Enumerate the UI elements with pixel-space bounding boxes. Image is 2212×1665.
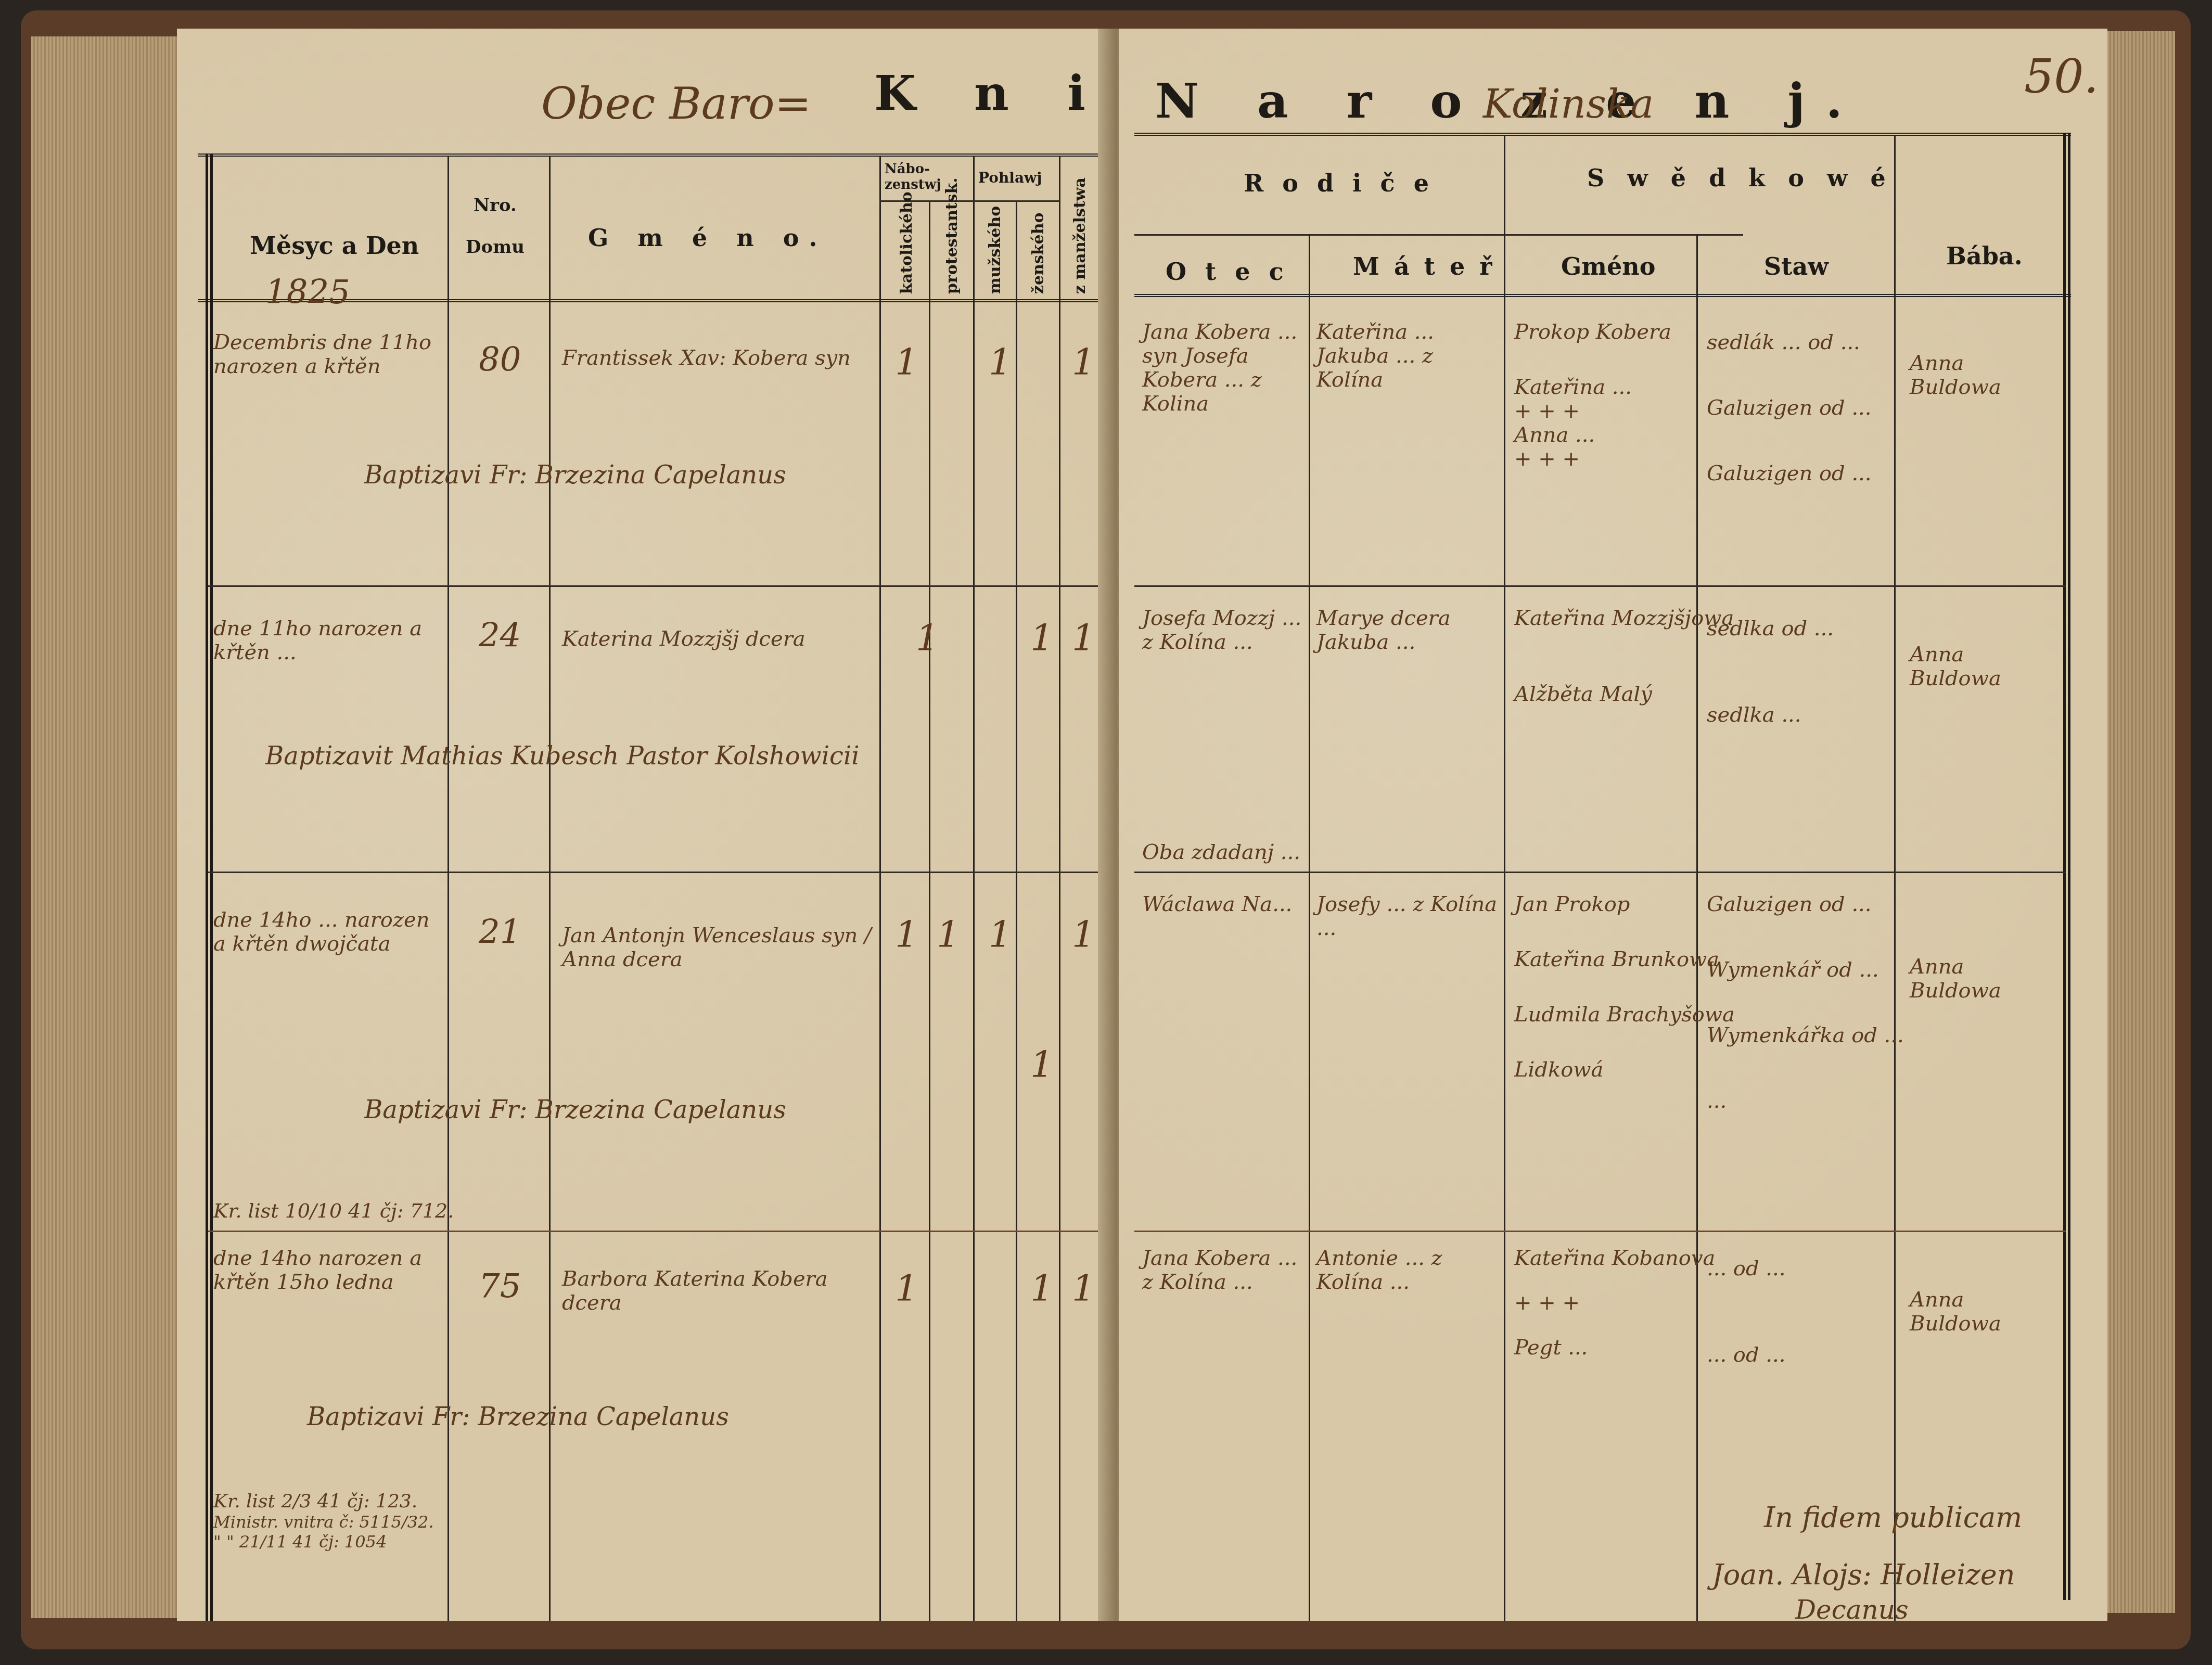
entry-house-no: 21 xyxy=(479,913,521,952)
entry-witness-status: Galuzigen od ... Wymenkář od ... Wymenká… xyxy=(1707,892,1889,1113)
witness-name: Prokop Kobera xyxy=(1514,320,1691,344)
header-midwife: Bába. xyxy=(1946,242,2023,270)
witness-name: Kateřina ... xyxy=(1514,375,1691,399)
margin-note-line: Ministr. vnitra č: 5115/32. xyxy=(213,1512,434,1532)
header-witness-name: Gméno xyxy=(1561,252,1655,280)
entry-baptized-by: Baptizavi Fr: Brzezina Capelanus xyxy=(364,460,786,490)
header-house-domu: Domu xyxy=(466,237,525,258)
witness-status: ... od ... xyxy=(1707,1257,1889,1280)
header-protestant: protestantsk. xyxy=(943,177,961,294)
entry-name: Katerina Mozzjšj dcera xyxy=(562,627,874,651)
witness-status: ... od ... xyxy=(1707,1343,1889,1367)
signature-title: Decanus xyxy=(1795,1595,1909,1625)
tally-catholic: 1 xyxy=(895,913,918,956)
col-divider xyxy=(1894,135,1896,1621)
entry-witnesses: Kateřina Mozzjšjowa Alžběta Malý xyxy=(1514,606,1691,706)
header-witnesses: S w ě d k o w é xyxy=(1587,164,1893,192)
entry-house-no: 24 xyxy=(479,617,521,655)
header-mother: M á t e ř xyxy=(1353,252,1495,280)
subheader-rule xyxy=(1134,234,1743,236)
witness-name: Kateřina Mozzjšjowa xyxy=(1514,606,1691,630)
right-page: N a r o z e n j. Kolinska 50. R o d i č … xyxy=(1119,29,2107,1621)
tally-male: 1 xyxy=(989,913,1012,956)
right-border xyxy=(2063,133,2070,1600)
col-divider xyxy=(447,156,449,1621)
col-divider xyxy=(1016,200,1017,1621)
entry-date: Decembris dne 11ho narozen a křtěn xyxy=(213,330,442,378)
col-divider xyxy=(1309,234,1310,1621)
entry-house-no: 75 xyxy=(479,1267,521,1305)
header-male: mužského xyxy=(986,206,1004,294)
entry-mother: Kateřina ... Jakuba ... z Kolína xyxy=(1316,320,1499,392)
row-divider xyxy=(208,872,1114,873)
entry-mother: Josefy ... z Kolína ... xyxy=(1316,892,1499,940)
witness-name: Jan Prokop xyxy=(1514,892,1691,916)
witness-mark: + + + xyxy=(1514,1291,1691,1315)
witness-name: Kateřina Brunkowa xyxy=(1514,947,1691,971)
left-border xyxy=(206,153,213,1621)
entry-mother: Marye dcera Jakuba ... xyxy=(1316,606,1499,654)
header-sex: Pohlawj xyxy=(978,169,1042,186)
entry-name: Barbora Katerina Kobera dcera xyxy=(562,1267,874,1315)
entry-margin-notes: Kr. list 2/3 41 čj: 123. Ministr. vnitra… xyxy=(213,1491,434,1552)
row-divider xyxy=(1134,872,2066,873)
col-divider xyxy=(1504,135,1505,1621)
entry-baptized-by: Baptizavi Fr: Brzezina Capelanus xyxy=(364,1095,786,1124)
header-name: G m é n o. xyxy=(588,224,828,252)
tally-marital: 1 xyxy=(1072,617,1095,659)
entry-midwife: Anna Buldowa xyxy=(1910,1288,2055,1336)
witness-name: Ludmila Brachyšowa xyxy=(1514,1003,1691,1027)
entry-date: dne 14ho narozen a křtěn 15ho ledna xyxy=(213,1246,442,1294)
witness-status: ... xyxy=(1707,1089,1889,1113)
header-religion: Nábo-zenstwj xyxy=(885,161,926,193)
header-father: O t e c xyxy=(1166,258,1289,286)
table-top-rule xyxy=(198,153,1114,157)
entry-midwife: Anna Buldowa xyxy=(1910,351,2055,399)
tally-protestant: 1 xyxy=(937,913,960,956)
entry-margin-note: Kr. list 10/10 41 čj: 712. xyxy=(213,1199,454,1222)
entry-date: dne 14ho ... narozen a křtěn dwojčata xyxy=(213,908,442,956)
tally-marital: 1 xyxy=(1072,341,1095,383)
witness-mark: + + + xyxy=(1514,399,1691,423)
tally-catholic: 1 xyxy=(895,341,918,383)
witness-name: Lidkowá xyxy=(1514,1058,1691,1082)
witness-status: Wymenkář od ... xyxy=(1707,958,1889,982)
entry-witnesses: Jan Prokop Kateřina Brunkowa Ludmila Bra… xyxy=(1514,892,1691,1082)
header-witness-status: Staw xyxy=(1764,252,1829,280)
header-month-day: Měsyc a Den xyxy=(250,232,419,260)
entry-midwife: Anna Buldowa xyxy=(1910,643,2055,690)
entry-witness-status: sedlka od ... sedlka ... xyxy=(1707,617,1889,727)
row-divider xyxy=(1134,585,2066,587)
header-marital: z manželstwa xyxy=(1071,177,1089,294)
margin-note-line: Kr. list 2/3 41 čj: 123. xyxy=(213,1491,434,1512)
witness-status: sedlka ... xyxy=(1707,703,1889,727)
entry-father: Josefa Mozzj ... z Kolína ... xyxy=(1142,606,1303,654)
tally-female: 1 xyxy=(1030,1043,1054,1086)
left-page-edges xyxy=(31,36,182,1618)
table-top-rule xyxy=(1134,133,2071,136)
col-divider xyxy=(1696,234,1698,1621)
entry-witnesses: Kateřina Kobanova + + + Pegt ... xyxy=(1514,1246,1691,1360)
tally-female: 1 xyxy=(1030,1267,1054,1310)
entry-mother: Antonie ... z Kolína ... xyxy=(1316,1246,1499,1294)
witness-name: Kateřina Kobanova xyxy=(1514,1246,1691,1270)
witness-status: sedlka od ... xyxy=(1707,617,1889,641)
margin-note-line: " " 21/11 41 čj: 1054 xyxy=(213,1532,434,1552)
row-divider xyxy=(208,585,1114,587)
tally-male: 1 xyxy=(989,341,1012,383)
entry-midwife: Anna Buldowa xyxy=(1910,955,2055,1003)
witness-name: Alžběta Malý xyxy=(1514,682,1691,706)
header-parents: R o d i č e xyxy=(1244,169,1434,197)
tally-marital: 1 xyxy=(1072,913,1095,956)
entry-father: Wáclawa Na... xyxy=(1142,892,1303,916)
header-female: ženského xyxy=(1029,212,1047,294)
entry-witnesses: Prokop Kobera Kateřina ... + + + Anna ..… xyxy=(1514,320,1691,471)
right-handwritten-heading: Kolinska xyxy=(1483,81,1654,127)
right-page-edges xyxy=(2107,31,2175,1613)
entry-baptized-by: Baptizavit Mathias Kubesch Pastor Kolsho… xyxy=(265,741,860,771)
entry-house-no: 80 xyxy=(479,341,521,379)
tally-female: 1 xyxy=(1030,617,1054,659)
entry-note: Oba zdadanj ... xyxy=(1142,840,1300,864)
entry-father: Jana Kobera ... z Kolína ... xyxy=(1142,1246,1303,1294)
tally-marital: 1 xyxy=(1072,1267,1095,1310)
col-divider xyxy=(973,156,975,1621)
entry-witness-status: ... od ... ... od ... xyxy=(1707,1257,1889,1367)
witness-status: Galuzigen od ... xyxy=(1707,462,1889,485)
entry-baptized-by: Baptizavi Fr: Brzezina Capelanus xyxy=(307,1402,729,1431)
entry-name: Jan Antonjn Wenceslaus syn / Anna dcera xyxy=(562,924,874,971)
witness-name: Anna ... xyxy=(1514,423,1691,447)
col-divider xyxy=(879,156,881,1621)
left-handwritten-heading: Obec Baro= xyxy=(541,78,811,129)
witness-mark: + + + xyxy=(1514,447,1691,471)
header-year: 1825 xyxy=(265,273,350,312)
left-page: Obec Baro= K n i h a Měsyc a Den 1825 Nr… xyxy=(177,29,1114,1621)
tally-catholic: 1 xyxy=(895,1267,918,1310)
witness-status: Galuzigen od ... xyxy=(1707,396,1889,420)
col-divider xyxy=(549,156,551,1621)
witness-status: Wymenkářka od ... xyxy=(1707,1023,1889,1047)
row-divider xyxy=(1134,1231,2066,1232)
tally-catholic: 1 xyxy=(916,617,939,659)
col-divider xyxy=(1059,156,1060,1621)
page-number: 50. xyxy=(2024,49,2099,104)
entry-father: Jana Kobera ... syn Josefa Kobera ... z … xyxy=(1142,320,1303,416)
header-bottom-rule xyxy=(1134,294,2071,297)
entry-name: Frantissek Xav: Kobera syn xyxy=(562,346,874,370)
witness-status: sedlák ... od ... xyxy=(1707,330,1889,354)
header-catholic: katolického xyxy=(898,191,916,294)
witness-status: Galuzigen od ... xyxy=(1707,892,1889,916)
header-house-no: Nro. xyxy=(474,195,517,216)
row-divider xyxy=(208,1231,1114,1232)
entry-witness-status: sedlák ... od ... Galuzigen od ... Galuz… xyxy=(1707,330,1889,485)
entry-date: dne 11ho narozen a křtěn ... xyxy=(213,617,442,664)
col-divider xyxy=(929,200,930,1621)
signature: Joan. Alojs: Holleizen xyxy=(1712,1558,2015,1591)
witness-name: Pegt ... xyxy=(1514,1336,1691,1360)
attestation-line: In fidem publicam xyxy=(1764,1501,2022,1534)
